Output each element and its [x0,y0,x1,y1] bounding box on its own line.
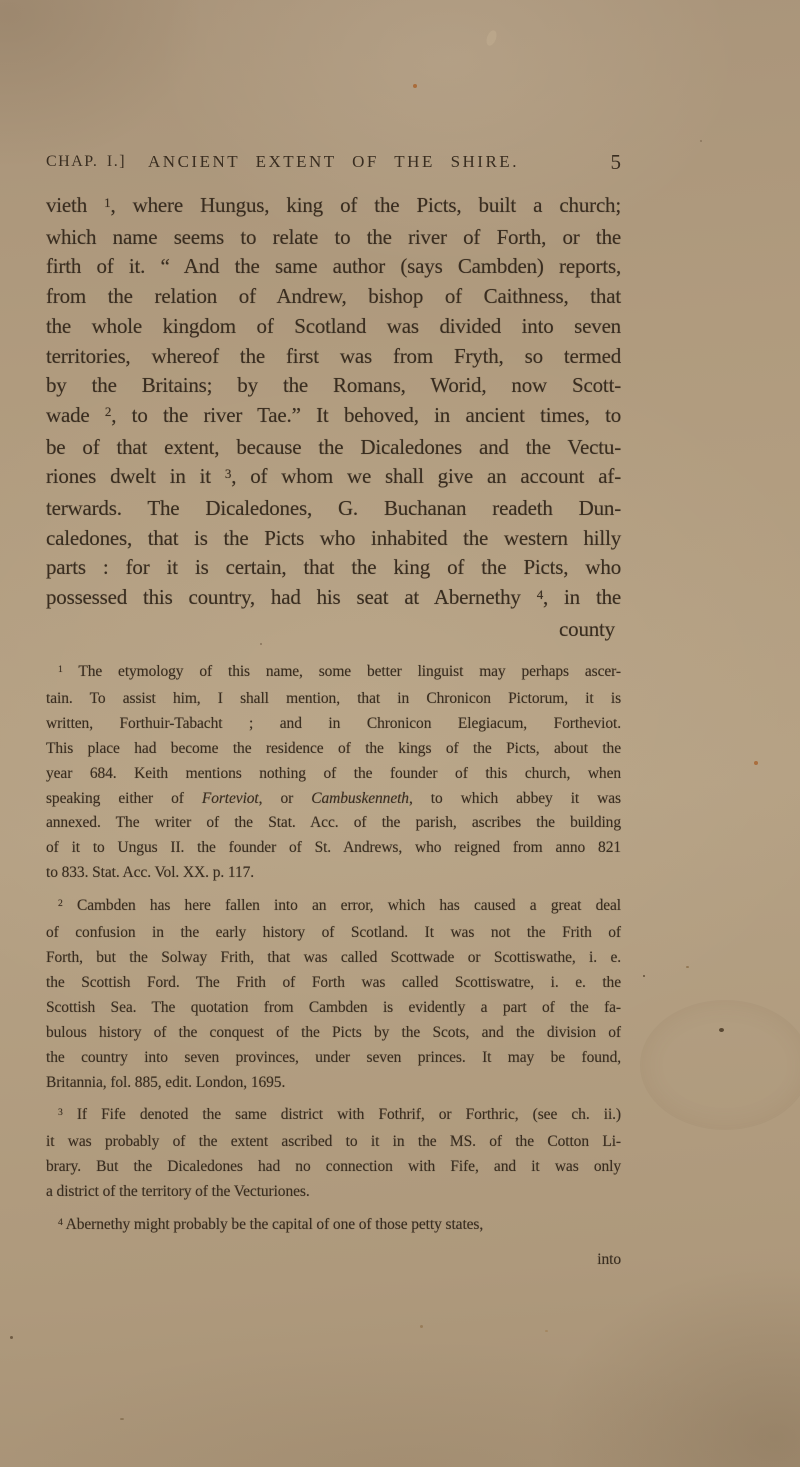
paper-speck [420,1325,423,1328]
footnote-3: 3 If Fife denoted the same district with… [46,1103,621,1205]
paper-speck [10,1336,13,1339]
footnote-1: 1 The etymology of this name, some bette… [46,660,621,886]
paper-speck [643,975,645,977]
body-line: territories, whereof the first was from … [46,342,621,372]
footnote-line: brary. But the Dicaledones had no connec… [46,1155,621,1180]
body-line: caledones, that is the Picts who inhabit… [46,524,621,554]
footnote-reference: 3 [58,1107,63,1118]
footnote-reference: 3 [225,466,231,481]
footnote-line: speaking either of Forteviot, or Cambusk… [46,787,621,812]
footnote-line: year 684. Keith mentions nothing of the … [46,762,621,787]
footnote-line: of it to Ungus II. the founder of St. An… [46,836,621,861]
footnote-reference: 2 [105,404,111,419]
body-line: the whole kingdom of Scotland was divide… [46,312,621,342]
footnote-reference: 4 [537,587,543,602]
footnote-line: the country into seven provinces, under … [46,1046,621,1071]
footnote-line: it was probably of the extent ascribed t… [46,1130,621,1155]
footnote-line: the Scottish Ford. The Frith of Forth wa… [46,971,621,996]
body-line: wade 2, to the river Tae.” It behoved, i… [46,401,621,433]
body-line: be of that extent, because the Dicaledon… [46,433,621,463]
catchword-into: into [46,1248,621,1273]
body-line: firth of it. “ And the same author (says… [46,252,621,282]
paper-scuff [485,29,499,47]
running-title: ANCIENT EXTENT OF THE SHIRE. [46,152,621,172]
footnote-2: 2 Cambden has here fallen into an error,… [46,894,621,1095]
body-text: vieth 1, where Hungus, king of the Picts… [46,191,621,645]
body-line: from the relation of Andrew, bishop of C… [46,282,621,312]
footnote-line: This place had become the residence of t… [46,737,621,762]
paper-speck [413,84,417,88]
paper-stain [640,1000,800,1130]
body-lines: vieth 1, where Hungus, king of the Picts… [46,191,621,615]
page-number: 5 [611,150,622,175]
footnotes: 1 The etymology of this name, some bette… [46,660,621,1273]
footnote-line: written, Forthuir-Tabacht ; and in Chron… [46,712,621,737]
footnote-line: 2 Cambden has here fallen into an error,… [46,894,621,921]
paper-speck [700,140,702,142]
footnote-line: 3 If Fife denoted the same district with… [46,1103,621,1130]
body-line: by the Britains; by the Romans, Worid, n… [46,371,621,401]
catchword-county: county [46,615,621,645]
footnote-line: 1 The etymology of this name, some bette… [46,660,621,687]
footnote-reference: 4 [58,1217,63,1228]
body-line: parts : for it is certain, that the king… [46,553,621,583]
footnote-reference: 1 [104,195,110,210]
body-line: which name seems to relate to the river … [46,223,621,253]
footnote-line: of confusion in the early history of Sco… [46,921,621,946]
paper-speck [754,761,758,765]
body-line: vieth 1, where Hungus, king of the Picts… [46,191,621,223]
footnote-line: Forth, but the Solway Frith, that was ca… [46,946,621,971]
paper-speck [120,1418,124,1420]
footnote-line: tain. To assist him, I shall mention, th… [46,687,621,712]
footnote-line: annexed. The writer of the Stat. Acc. of… [46,811,621,836]
body-line: terwards. The Dicaledones, G. Buchanan r… [46,494,621,524]
footnote-line: a district of the territory of the Vectu… [46,1180,621,1205]
footnote-reference: 1 [58,664,63,675]
body-line: possessed this country, had his seat at … [46,583,621,615]
footnote-line: Britannia, fol. 885, edit. London, 1695. [46,1071,621,1096]
footnote-4: 4 Abernethy might probably be the capita… [46,1213,621,1240]
paper-speck [545,1330,548,1332]
footnote-line: to 833. Stat. Acc. Vol. XX. p. 117. [46,861,621,886]
footnote-line: 4 Abernethy might probably be the capita… [46,1213,621,1240]
footnote-line: Scottish Sea. The quotation from Cambden… [46,996,621,1021]
page-header: CHAP. I.] ANCIENT EXTENT OF THE SHIRE. 5 [46,150,621,180]
footnote-reference: 2 [58,898,63,909]
footnote-line: bulous history of the conquest of the Pi… [46,1021,621,1046]
body-line: riones dwelt in it 3, of whom we shall g… [46,462,621,494]
paper-speck [686,966,689,968]
scanned-book-page: CHAP. I.] ANCIENT EXTENT OF THE SHIRE. 5… [0,0,800,1467]
